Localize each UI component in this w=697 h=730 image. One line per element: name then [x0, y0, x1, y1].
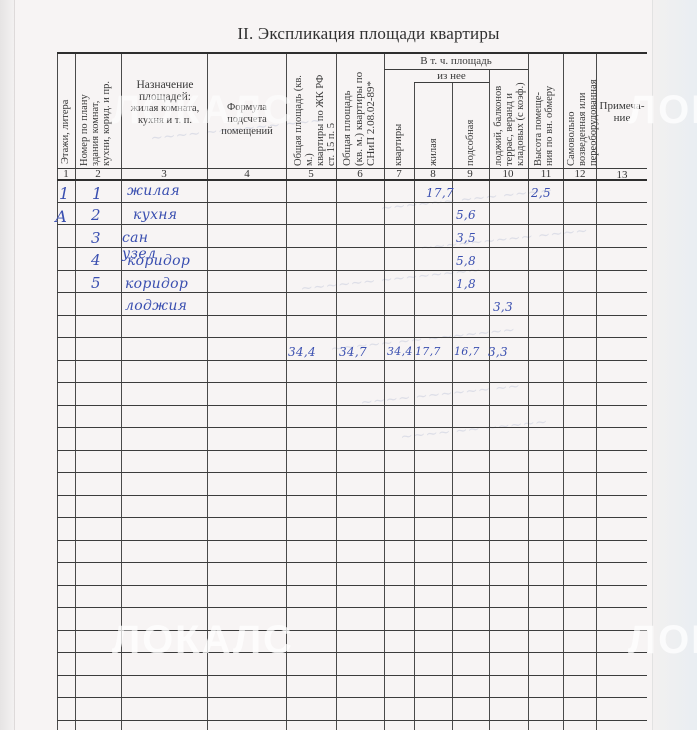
header-subgroup: из нее: [414, 70, 489, 82]
total-loggia: 3,3: [488, 345, 508, 359]
header-unauthorized: Самовольно возведенная или переоборудова…: [566, 60, 599, 166]
header-room-number: Номер по плану здания комнат, кухни, кор…: [79, 60, 112, 166]
total-zhk: 34,4: [288, 345, 316, 359]
cell-aux: 5,6: [456, 208, 476, 222]
total-snip: 34,7: [339, 345, 367, 359]
header-loggia: лоджий, балконов террас, веранд и кладов…: [493, 72, 526, 166]
cell-room-number: 2: [91, 206, 101, 224]
header-apartment: квартиры: [393, 112, 404, 166]
watermark-top-right: ЛОК: [628, 88, 697, 133]
cell-purpose: коридор: [125, 276, 188, 292]
header-height: Высота помеще- ния по вн. обмеру: [533, 72, 555, 166]
header-total-snip: Общая площадь (кв. м.) квартиры по СНиП …: [341, 60, 377, 166]
cell-aux: 1,8: [456, 277, 476, 291]
total-aux: 16,7: [454, 345, 480, 358]
header-floor: Этажи, литера: [60, 72, 71, 164]
cell-purpose: кухня: [133, 207, 177, 223]
cell-floor: А: [55, 207, 67, 226]
cell-living: 17,7: [426, 186, 454, 200]
header-group-area: В т. ч. площадь: [384, 55, 528, 67]
header-auxiliary: подсобная: [465, 110, 476, 166]
header-total-zhk: Общая площадь (кв. м.) квартиры по ЖК РФ…: [293, 60, 337, 166]
page-title: II. Экспликация площади квартиры: [0, 24, 697, 44]
page-edge-left: [0, 0, 15, 730]
header-living: жилая: [428, 130, 439, 166]
cell-loggia: 3,3: [493, 300, 513, 314]
cell-height: 2,5: [531, 186, 551, 200]
cell-room-number: 5: [91, 274, 101, 292]
cell-room-number: 3: [91, 229, 101, 247]
total-apartment: 34,4: [387, 345, 413, 358]
cell-purpose: лоджия: [125, 298, 187, 314]
cell-purpose: коридор: [127, 253, 190, 269]
cell-aux: 3,5: [456, 231, 476, 245]
cell-aux: 5,8: [456, 254, 476, 268]
cell-purpose: жилая: [127, 183, 180, 199]
watermark-bottom-left: ЛОКАЛС: [112, 618, 294, 663]
watermark-bottom-right: ЛОК: [628, 618, 697, 663]
cell-floor: 1: [59, 184, 69, 203]
cell-room-number: 4: [91, 251, 101, 269]
cell-room-number: 1: [92, 184, 102, 203]
total-living: 17,7: [415, 345, 441, 358]
watermark-top-left: ЛОКАЛС: [112, 88, 294, 133]
